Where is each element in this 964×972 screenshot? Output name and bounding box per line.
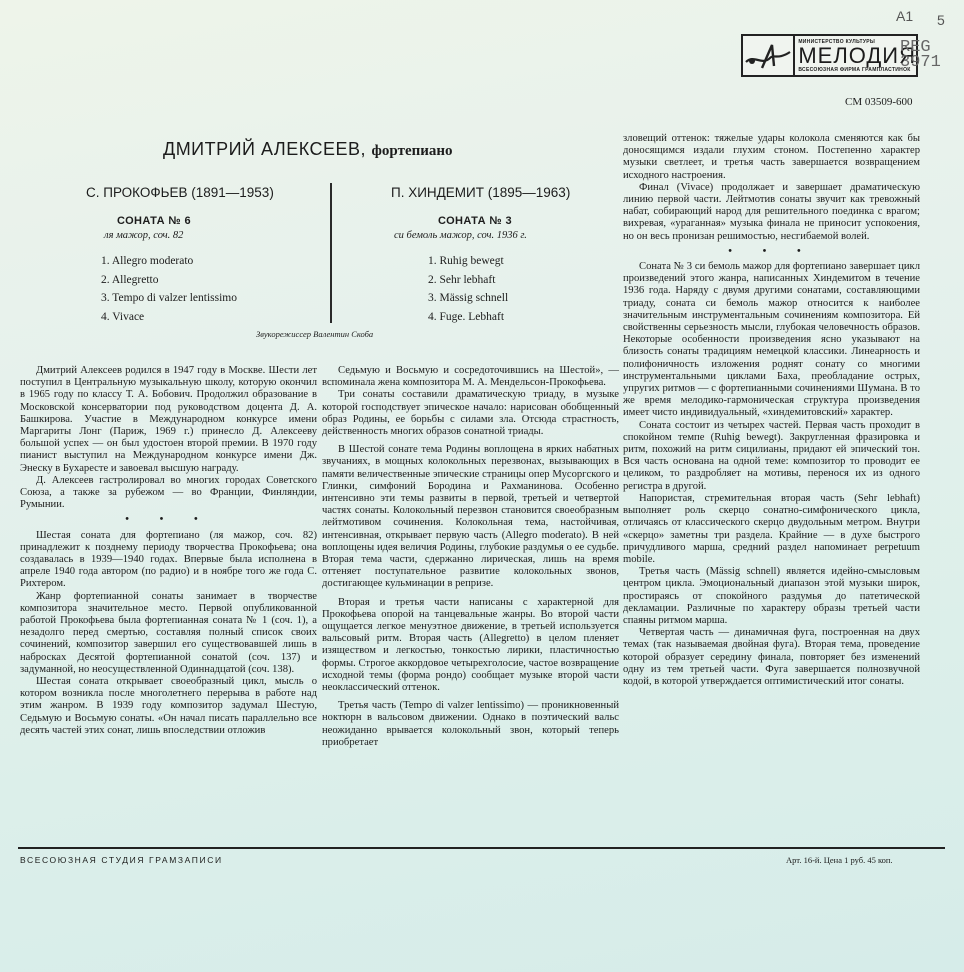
performer-name: ДМИТРИЙ АЛЕКСЕЕВ, <box>163 139 366 159</box>
stamp-number: 3971 <box>900 55 941 70</box>
section-separator: • • • <box>20 514 317 526</box>
paragraph: Четвертая часть — динамичная фуга, постр… <box>623 627 920 688</box>
paragraph: Три сонаты составили драматическую триад… <box>322 389 619 438</box>
price-info: Арт. 16-й. Цена 1 руб. 45 коп. <box>786 855 893 865</box>
paragraph: Седьмую и Восьмую и сосредоточившись на … <box>322 365 619 389</box>
paragraph: Соната № 3 си бемоль мажор для фортепиан… <box>623 261 920 420</box>
track-item: 4. Fuge. Lebhaft <box>428 308 508 327</box>
melodiya-logo: МИНИСТЕРСТВО КУЛЬТУРЫ МЕЛОДИЯ ВСЕСОЮЗНАЯ… <box>741 34 918 77</box>
paragraph: Соната состоит из четырех частей. Первая… <box>623 420 920 493</box>
paragraph: Шестая соната для фортепиано (ля мажор, … <box>20 530 317 591</box>
sonata-title-left: СОНАТА № 6 <box>117 215 191 227</box>
composer-heading-hindemith: П. ХИНДЕМИТ (1895—1963) <box>391 185 570 200</box>
paragraph: Шестая соната открывает своеобразный цик… <box>20 676 317 737</box>
paragraph: Жанр фортепианной сонаты занимает в твор… <box>20 591 317 676</box>
column-divider <box>330 183 332 323</box>
paragraph: Третья часть (Tempo di valzer lentissimo… <box>322 700 619 749</box>
album-title: ДМИТРИЙ АЛЕКСЕЕВ, фортепиано <box>163 139 453 160</box>
track-item: 2. Allegretto <box>101 271 237 290</box>
studio-name: ВСЕСОЮЗНАЯ СТУДИЯ ГРАМЗАПИСИ <box>20 855 223 865</box>
paragraph: В Шестой сонате тема Родины воплощена в … <box>322 444 619 590</box>
paragraph: Финал (Vivace) продолжает и завершает др… <box>623 182 920 243</box>
registration-stamp: REG 3971 <box>900 40 941 70</box>
composer-heading-prokofiev: С. ПРОКОФЬЕВ (1891—1953) <box>86 185 274 200</box>
tracklist-left: 1. Allegro moderato 2. Allegretto 3. Tem… <box>101 252 237 326</box>
tracklist-right: 1. Ruhig bewegt 2. Sehr lebhaft 3. Mässi… <box>428 252 508 326</box>
paragraph: зловещий оттенок: тяжелые удары колокола… <box>623 133 920 182</box>
sonata-key-left: ля мажор, соч. 82 <box>104 230 183 241</box>
paragraph: Д. Алексеев гастролировал во многих горо… <box>20 475 317 512</box>
track-item: 1. Ruhig bewegt <box>428 252 508 271</box>
handwritten-mark: 5 <box>937 12 945 28</box>
catalog-number: СМ 03509-600 <box>845 96 913 108</box>
label-name: МЕЛОДИЯ <box>798 45 916 67</box>
melodiya-emblem-icon <box>743 36 795 75</box>
paragraph: Третья часть (Mässig schnell) является и… <box>623 566 920 627</box>
track-item: 2. Sehr lebhaft <box>428 271 508 290</box>
paragraph: Напористая, стремительная вторая часть (… <box>623 493 920 566</box>
performer-instrument: фортепиано <box>372 143 453 159</box>
track-item: 3. Tempo di valzer lentissimo <box>101 289 237 308</box>
sound-engineer-credit: Звукорежиссер Валентин Скоба <box>256 329 373 339</box>
sonata-title-right: СОНАТА № 3 <box>438 215 512 227</box>
handwritten-mark: A1 <box>896 8 913 24</box>
label-firm: ВСЕСОЮЗНАЯ ФИРМА ГРАМПЛАСТИНОК <box>798 67 916 73</box>
footer-rule <box>18 847 945 849</box>
sonata-key-right: си бемоль мажор, соч. 1936 г. <box>394 230 527 241</box>
track-item: 1. Allegro moderato <box>101 252 237 271</box>
track-item: 3. Mässig schnell <box>428 289 508 308</box>
paragraph: Дмитрий Алексеев родился в 1947 году в М… <box>20 365 317 475</box>
section-separator: • • • <box>623 246 920 258</box>
paragraph: Вторая и третья части написаны с характе… <box>322 597 619 695</box>
notes-column-1: Дмитрий Алексеев родился в 1947 году в М… <box>20 365 317 737</box>
notes-column-3: зловещий оттенок: тяжелые удары колокола… <box>623 133 920 688</box>
track-item: 4. Vivace <box>101 308 237 327</box>
notes-column-2: Седьмую и Восьмую и сосредоточившись на … <box>322 365 619 749</box>
